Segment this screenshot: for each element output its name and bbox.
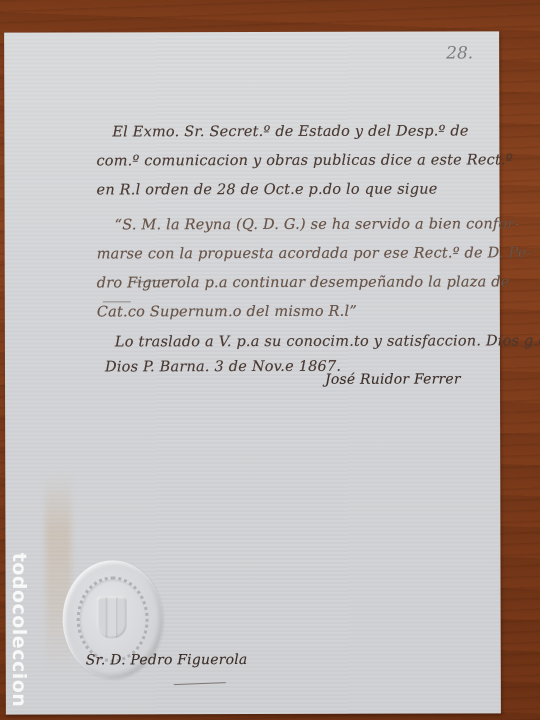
folio-number: 28. [446,43,473,63]
manuscript-line: Lo traslado a V. p.a su conocim.to y sat… [115,333,540,350]
watermark: todocoleccion [7,545,31,715]
flourish-line [103,301,131,302]
sender-signature: José Ruidor Ferrer [325,371,461,387]
manuscript-line: Dios P. Barna. 3 de Nov.e 1867. [105,359,341,376]
manuscript-line: com.º comunicacion y obras publicas dice… [96,152,512,169]
manuscript-body: El Exmo. Sr. Secret.º de Estado y del De… [4,31,499,32]
manuscript-page: 28. El Exmo. Sr. Secret.º de Estado y de… [4,31,501,714]
manuscript-line: Cat.co Supernum.o del mismo R.l” [97,304,357,321]
manuscript-line: en R.l orden de 28 de Oct.e p.do lo que … [97,182,438,199]
manuscript-line: marse con la propuesta acordada por ese … [97,245,532,262]
recipient-name: Sr. D. Pedro Figuerola [86,652,248,668]
seal-coat-of-arms [97,596,127,638]
manuscript-line: “S. M. la Reyna (Q. D. G.) se ha servido… [115,216,520,233]
manuscript-line: El Exmo. Sr. Secret.º de Estado y del De… [112,123,468,140]
manuscript-line: dro Figuerola p.a continuar desempeñando… [97,274,510,291]
recipient-underline [174,682,226,685]
watermark-text: todocoleccion [8,553,30,708]
